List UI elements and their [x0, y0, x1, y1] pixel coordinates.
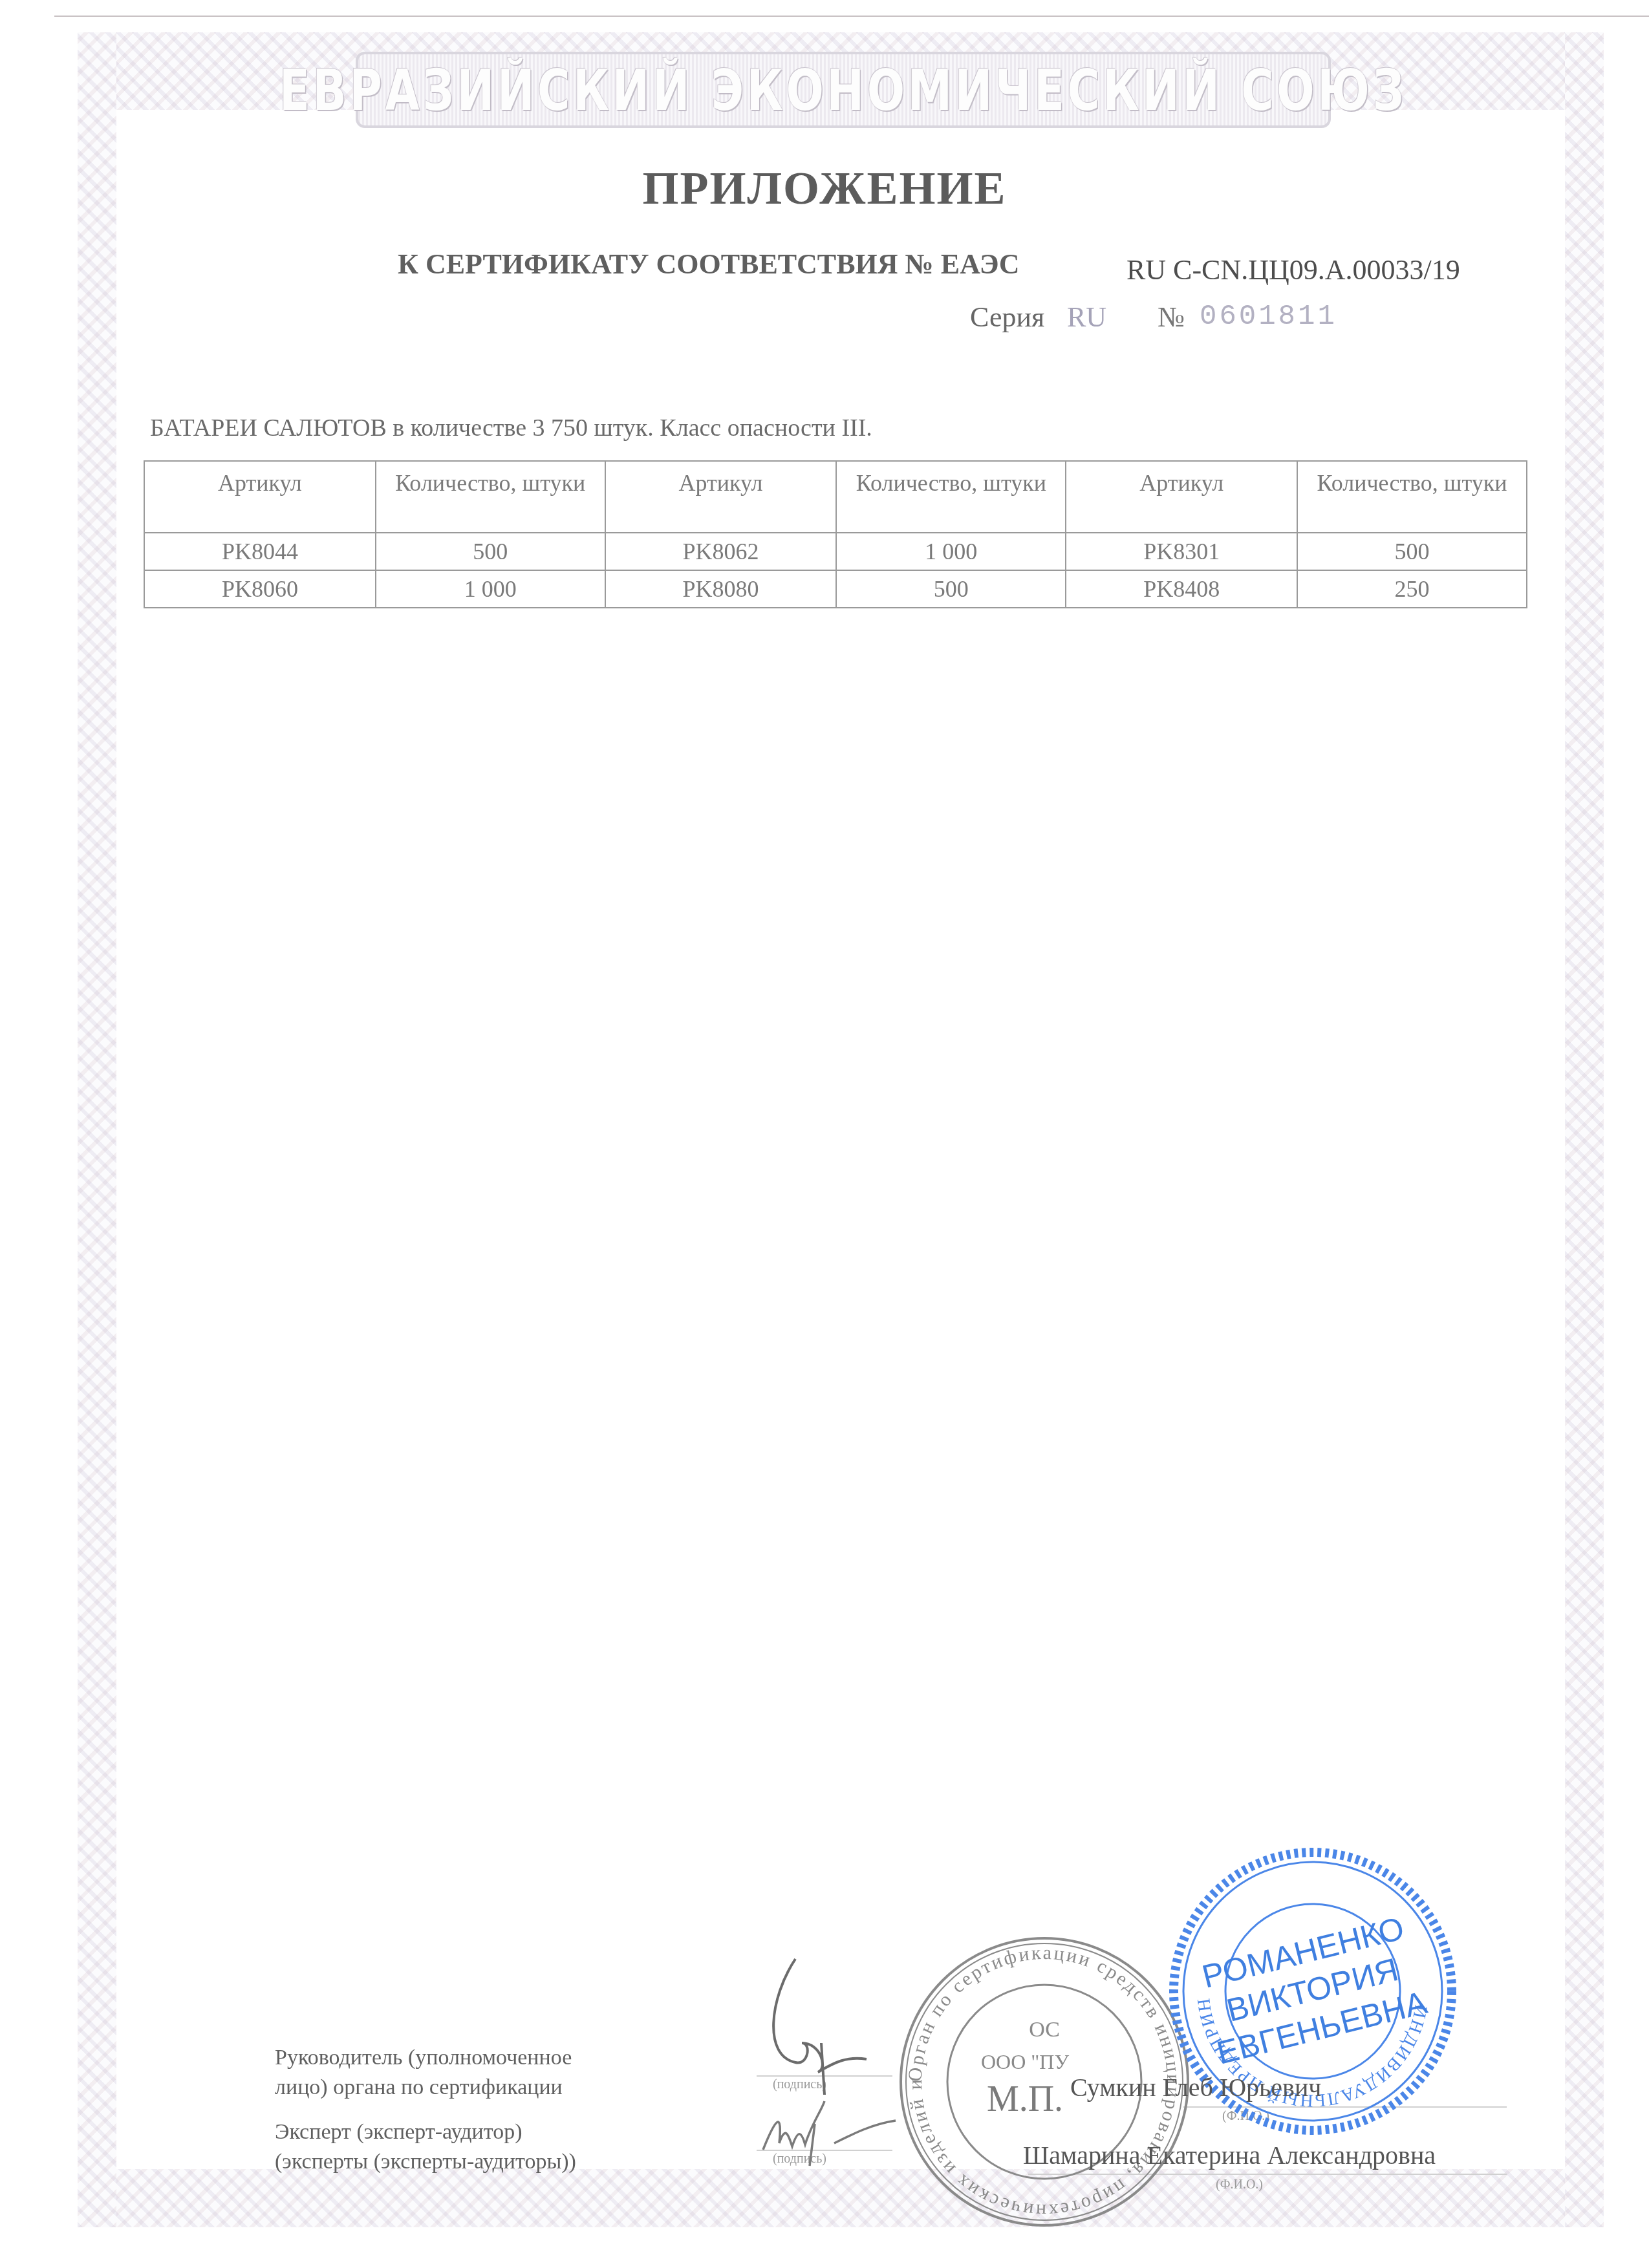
header-article-3: Артикул	[1066, 461, 1297, 533]
table-cell: 500	[836, 570, 1066, 608]
expert-fio-caption: (Ф.И.О.)	[1216, 2177, 1263, 2192]
form-number-value: 0601811	[1200, 301, 1337, 333]
form-number-label: №	[1158, 301, 1185, 334]
scan-top-edge	[54, 16, 1649, 17]
table-cell: PK8044	[144, 533, 376, 570]
table-cell: 1 000	[836, 533, 1066, 570]
table-row: PK8060 1 000 PK8080 500 PK8408 250	[144, 570, 1527, 608]
table-cell: 500	[1297, 533, 1527, 570]
products-table: Артикул Количество, штуки Артикул Количе…	[144, 460, 1527, 608]
table-cell: PK8060	[144, 570, 376, 608]
table-header-row: Артикул Количество, штуки Артикул Количе…	[144, 461, 1527, 533]
header-quantity-2: Количество, штуки	[836, 461, 1066, 533]
head-label-line1: Руководитель (уполномоченное	[275, 2043, 572, 2073]
union-banner-text: ЕВРАЗИЙСКИЙ ЭКОНОМИЧЕСКИЙ СОЮЗ	[279, 57, 1407, 123]
table-cell: 250	[1297, 570, 1527, 608]
product-description: БАТАРЕИ САЛЮТОВ в количестве 3 750 штук.…	[150, 414, 872, 442]
table-cell: PK8301	[1066, 533, 1297, 570]
header-article-1: Артикул	[144, 461, 376, 533]
guilloche-band-bottom	[78, 2169, 1604, 2227]
header-quantity-1: Количество, штуки	[376, 461, 605, 533]
table-cell: 1 000	[376, 570, 605, 608]
certificate-number: RU C-CN.ЦЦ09.А.00033/19	[1126, 253, 1460, 286]
table-cell: PK8062	[605, 533, 837, 570]
head-name: Сумкин Глеб Юрьевич	[1070, 2072, 1321, 2102]
certificate-caption: К СЕРТИФИКАТУ СООТВЕТСТВИЯ № ЕАЭС	[398, 248, 1019, 281]
stamp-mark: М.П.	[987, 2079, 1063, 2119]
series-label: Серия	[970, 301, 1044, 334]
union-banner: ЕВРАЗИЙСКИЙ ЭКОНОМИЧЕСКИЙ СОЮЗ	[356, 52, 1331, 128]
series-value: RU	[1067, 301, 1106, 334]
head-label-line2: лицо) органа по сертификации	[275, 2073, 572, 2102]
expert-signature	[750, 2098, 899, 2169]
page-title: ПРИЛОЖЕНИЕ	[0, 162, 1649, 215]
header-quantity-3: Количество, штуки	[1297, 461, 1527, 533]
head-of-body-label: Руководитель (уполномоченное лицо) орган…	[275, 2043, 572, 2102]
expert-label-line2: (эксперты (эксперты-аудиторы))	[275, 2147, 576, 2177]
table-cell: 500	[376, 533, 605, 570]
guilloche-band-right	[1565, 32, 1604, 2227]
stamp-center-top: ОС	[1029, 2018, 1060, 2042]
stamp-center-org: ООО "ПУ	[981, 2050, 1070, 2073]
table-cell: PK8408	[1066, 570, 1297, 608]
expert-name: Шамарина Екатерина Александровна	[1023, 2140, 1436, 2170]
table-row: PK8044 500 PK8062 1 000 PK8301 500	[144, 533, 1527, 570]
guilloche-band-left	[78, 32, 116, 2227]
head-signature	[757, 1946, 886, 2095]
table-cell: PK8080	[605, 570, 837, 608]
expert-label-line1: Эксперт (эксперт-аудитор)	[275, 2117, 576, 2147]
header-article-2: Артикул	[605, 461, 837, 533]
expert-label: Эксперт (эксперт-аудитор) (эксперты (экс…	[275, 2117, 576, 2177]
